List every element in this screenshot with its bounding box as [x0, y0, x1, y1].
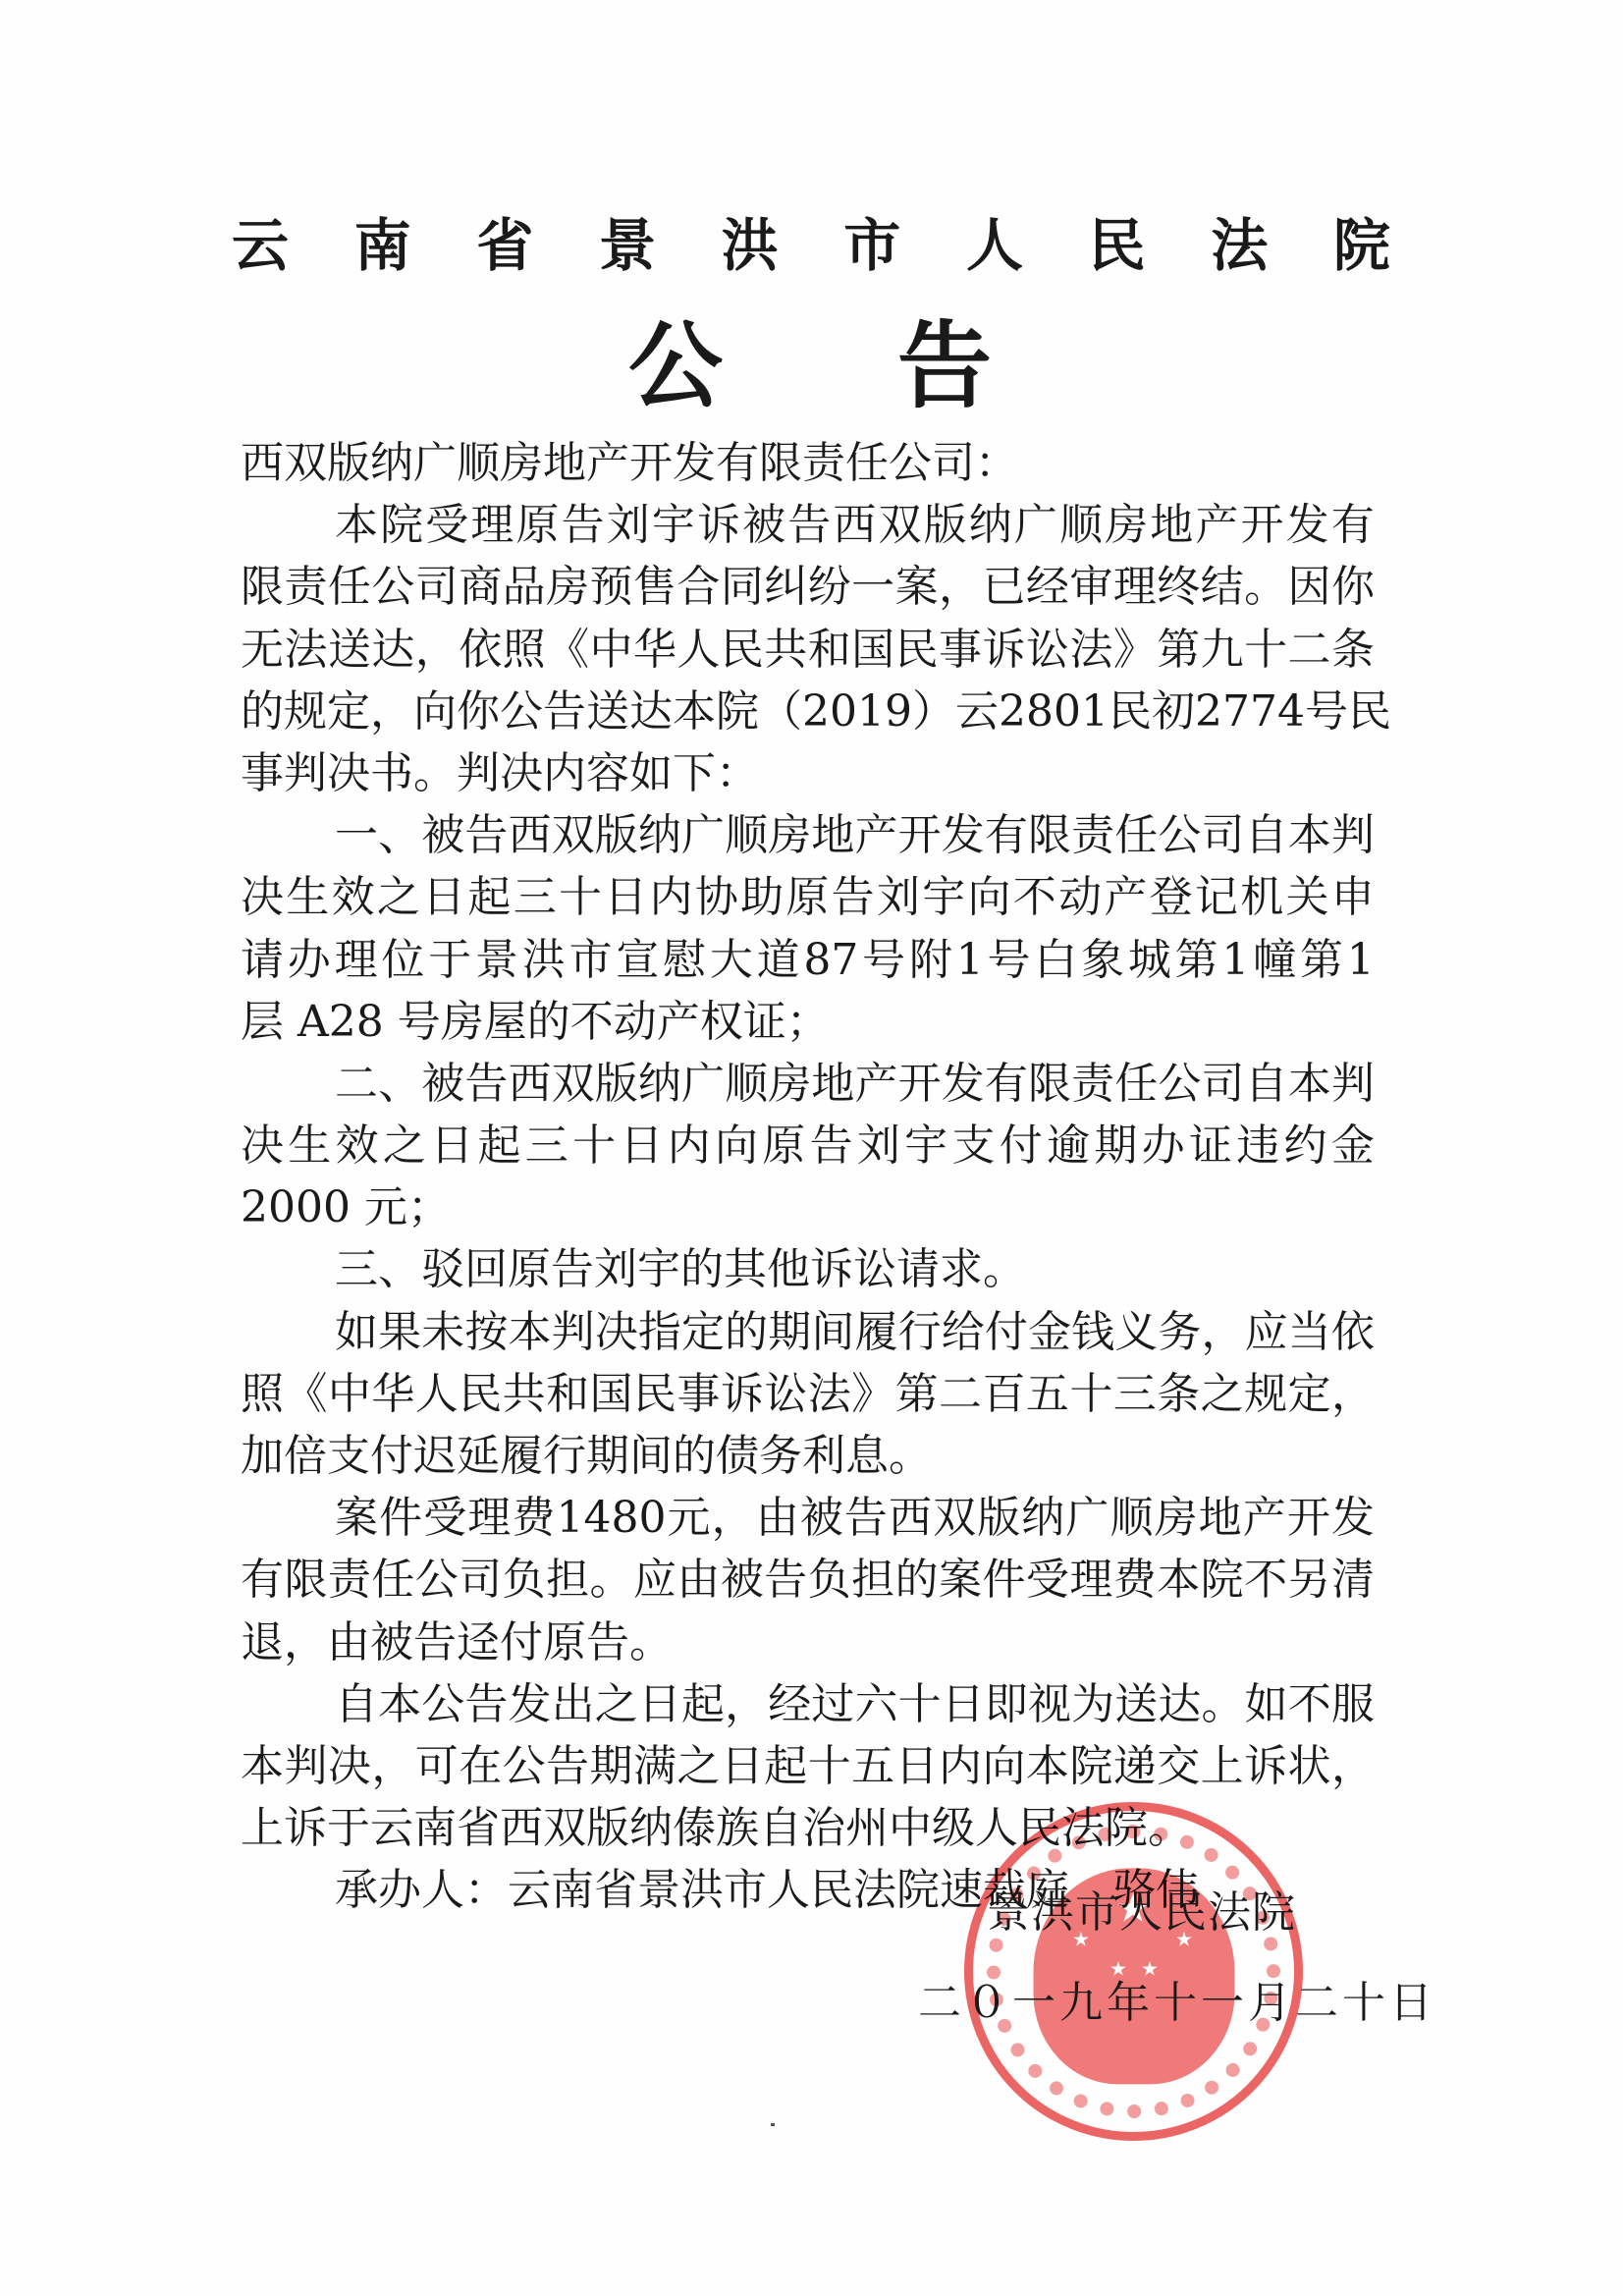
body-line: 的规定，向你公告送达本院（2019）云2801民初2774号民: [241, 681, 1375, 742]
notice-body: 西双版纳广顺房地产开发有限责任公司： 本院受理原告刘宇诉被告西双版纳广顺房地产开…: [241, 432, 1375, 1922]
court-name-char: 院: [1333, 211, 1390, 280]
court-name-char: 法: [1211, 211, 1268, 280]
notice-title-char: 公: [628, 312, 723, 420]
court-name-char: 南: [354, 211, 411, 280]
court-name-heading: 云南省景洪市人民法院: [232, 211, 1390, 280]
body-line: 退，由被告迳付原告。: [241, 1612, 1375, 1673]
body-line: 本院受理原告刘宇诉被告西双版纳广顺房地产开发有: [241, 494, 1375, 556]
body-line: 照《中华人民共和国民事诉讼法》第二百五十三条之规定，: [241, 1363, 1375, 1425]
body-line: 本判决，可在公告期满之日起十五日内向本院递交上诉状，: [241, 1735, 1375, 1797]
notice-title-char: 告: [897, 312, 992, 420]
court-name-char: 民: [1089, 211, 1146, 280]
body-paragraphs: 本院受理原告刘宇诉被告西双版纳广顺房地产开发有限责任公司商品房预售合同纠纷一案，…: [241, 494, 1375, 1859]
body-line: 决生效之日起三十日内协助原告刘宇向不动产登记机关申: [241, 866, 1375, 928]
signature-court: 景洪市人民法院: [987, 1884, 1296, 1942]
court-name-char: 人: [966, 211, 1023, 280]
court-seal-icon: ★ ★ ★ ★ ★: [964, 1802, 1303, 2141]
body-line: 2000 元；: [241, 1176, 1375, 1238]
scan-speck: [771, 2123, 775, 2126]
document-page: 云南省景洪市人民法院 公告 西双版纳广顺房地产开发有限责任公司： 本院受理原告刘…: [0, 0, 1623, 2296]
body-line: 决生效之日起三十日内向原告刘宇支付逾期办证违约金: [241, 1115, 1375, 1176]
body-line: 二、被告西双版纳广顺房地产开发有限责任公司自本判: [241, 1053, 1375, 1115]
issue-date: 二０一九年十一月二十日: [918, 1974, 1436, 2033]
body-line: 加倍支付迟延履行期间的债务利息。: [241, 1425, 1375, 1487]
body-line: 请办理位于景洪市宣慰大道87号附1号白象城第1幢第1: [241, 929, 1375, 991]
body-line: 层 A28 号房屋的不动产权证；: [241, 991, 1375, 1053]
body-line: 无法送达，依照《中华人民共和国民事诉讼法》第九十二条: [241, 619, 1375, 681]
notice-title: 公告: [628, 312, 992, 420]
addressee: 西双版纳广顺房地产开发有限责任公司：: [241, 432, 1375, 494]
court-name-char: 市: [843, 211, 900, 280]
court-name-char: 洪: [722, 211, 779, 280]
body-line: 有限责任公司负担。应由被告负担的案件受理费本院不另清: [241, 1549, 1375, 1611]
body-line: 三、驳回原告刘宇的其他诉讼请求。: [241, 1238, 1375, 1300]
body-line: 如果未按本判决指定的期间履行给付金钱义务，应当依: [241, 1301, 1375, 1363]
court-name-char: 云: [232, 211, 289, 280]
body-line: 事判决书。判决内容如下：: [241, 742, 1375, 804]
body-line: 案件受理费1480元，由被告西双版纳广顺房地产开发: [241, 1487, 1375, 1549]
body-line: 限责任公司商品房预售合同纠纷一案，已经审理终结。因你: [241, 556, 1375, 618]
body-line: 自本公告发出之日起，经过六十日即视为送达。如不服: [241, 1673, 1375, 1735]
court-name-char: 景: [599, 211, 656, 280]
court-name-char: 省: [476, 211, 533, 280]
body-line: 一、被告西双版纳广顺房地产开发有限责任公司自本判: [241, 804, 1375, 866]
